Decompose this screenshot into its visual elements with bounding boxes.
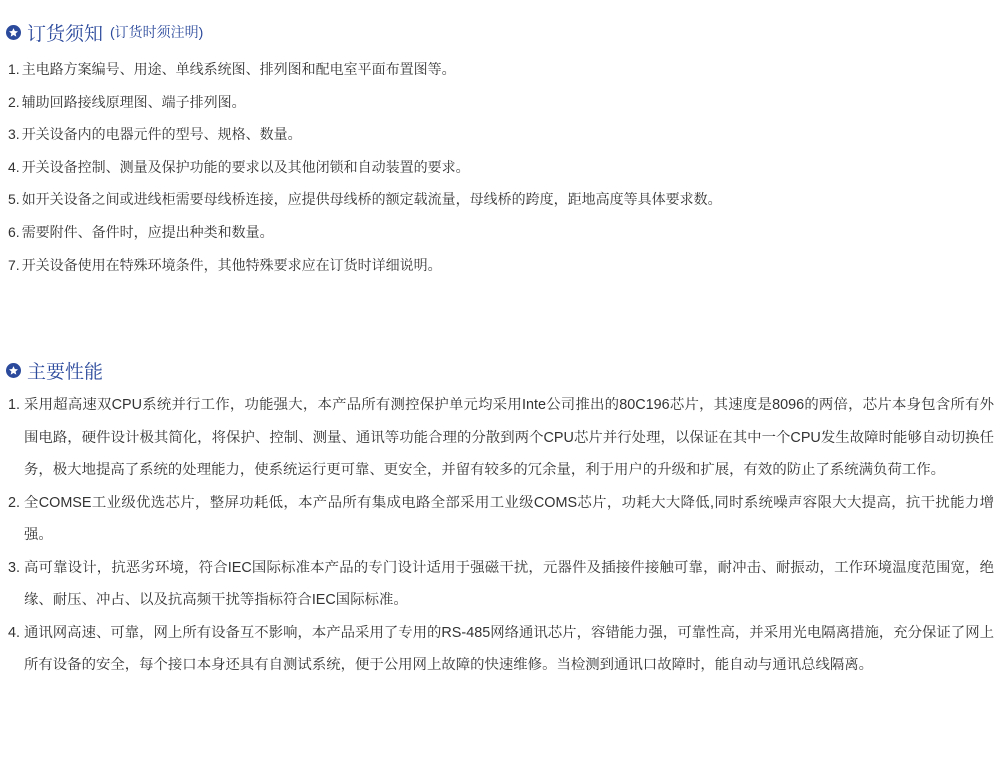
item-text: 采用超高速双CPU系统并行工作，功能强大，本产品所有测控保护单元均采用Inte公… — [24, 397, 994, 478]
list-item: 5.如开关设备之间或进线柜需要母线桥连接，应提供母线桥的额定载流量，母线桥的跨度… — [0, 183, 1000, 216]
main-performance-list: 1.采用超高速双CPU系统并行工作，功能强大，本产品所有测控保护单元均采用Int… — [0, 389, 1000, 682]
item-number: 2. — [8, 94, 20, 110]
item-number: 5. — [8, 191, 20, 207]
order-notice-subtitle: (订货时须注明) — [110, 22, 203, 42]
list-item: 6.需要附件、备件时，应提出种类和数量。 — [0, 216, 1000, 249]
item-text: 开关设备内的电器元件的型号、规格、数量。 — [22, 126, 302, 142]
main-performance-title: 主要性能 — [27, 357, 103, 384]
star-circle-icon — [6, 363, 21, 378]
item-text: 开关设备使用在特殊环境条件，其他特殊要求应在订货时详细说明。 — [22, 257, 442, 273]
order-notice-heading: 订货须知 (订货时须注明) — [0, 17, 1000, 47]
item-number: 7. — [8, 257, 20, 273]
item-text: 通讯网高速、可靠，网上所有设备互不影响，本产品采用了专用的RS-485网络通讯芯… — [24, 625, 994, 674]
item-text: 高可靠设计，抗恶劣环境，符合IEC国际标准本产品的专门设计适用于强磁干扰，元器件… — [24, 560, 994, 609]
item-number: 4. — [8, 617, 20, 650]
list-item: 7.开关设备使用在特殊环境条件，其他特殊要求应在订货时详细说明。 — [0, 249, 1000, 282]
item-number: 3. — [8, 552, 20, 585]
order-notice-section: 订货须知 (订货时须注明) 1.主电路方案编号、用途、单线系统图、排列图和配电室… — [0, 17, 1000, 281]
item-text: 需要附件、备件时，应提出种类和数量。 — [22, 224, 274, 240]
list-item: 2.辅助回路接线原理图、端子排列图。 — [0, 86, 1000, 119]
star-circle-icon — [6, 25, 21, 40]
list-item: 1.采用超高速双CPU系统并行工作，功能强大，本产品所有测控保护单元均采用Int… — [0, 389, 1000, 487]
item-number: 4. — [8, 159, 20, 175]
item-number: 1. — [8, 389, 20, 422]
order-notice-title: 订货须知 — [27, 19, 103, 46]
list-item: 4.通讯网高速、可靠，网上所有设备互不影响，本产品采用了专用的RS-485网络通… — [0, 617, 1000, 682]
list-item: 3.开关设备内的电器元件的型号、规格、数量。 — [0, 118, 1000, 151]
item-text: 如开关设备之间或进线柜需要母线桥连接，应提供母线桥的额定载流量，母线桥的跨度，距… — [22, 191, 722, 207]
list-item: 3.高可靠设计，抗恶劣环境，符合IEC国际标准本产品的专门设计适用于强磁干扰，元… — [0, 552, 1000, 617]
item-text: 辅助回路接线原理图、端子排列图。 — [22, 94, 246, 110]
item-number: 1. — [8, 61, 20, 77]
order-notice-list: 1.主电路方案编号、用途、单线系统图、排列图和配电室平面布置图等。 2.辅助回路… — [0, 53, 1000, 281]
main-performance-heading: 主要性能 — [0, 355, 1000, 385]
item-number: 3. — [8, 126, 20, 142]
list-item: 4.开关设备控制、测量及保护功能的要求以及其他闭锁和自动装置的要求。 — [0, 151, 1000, 184]
item-text: 全COMSE工业级优选芯片，整屏功耗低，本产品所有集成电路全部采用工业级COMS… — [24, 495, 994, 544]
list-item: 2.全COMSE工业级优选芯片，整屏功耗低，本产品所有集成电路全部采用工业级CO… — [0, 487, 1000, 552]
item-number: 2. — [8, 487, 20, 520]
item-text: 开关设备控制、测量及保护功能的要求以及其他闭锁和自动装置的要求。 — [22, 159, 470, 175]
main-performance-section: 主要性能 1.采用超高速双CPU系统并行工作，功能强大，本产品所有测控保护单元均… — [0, 355, 1000, 682]
list-item: 1.主电路方案编号、用途、单线系统图、排列图和配电室平面布置图等。 — [0, 53, 1000, 86]
item-number: 6. — [8, 224, 20, 240]
item-text: 主电路方案编号、用途、单线系统图、排列图和配电室平面布置图等。 — [22, 61, 456, 77]
